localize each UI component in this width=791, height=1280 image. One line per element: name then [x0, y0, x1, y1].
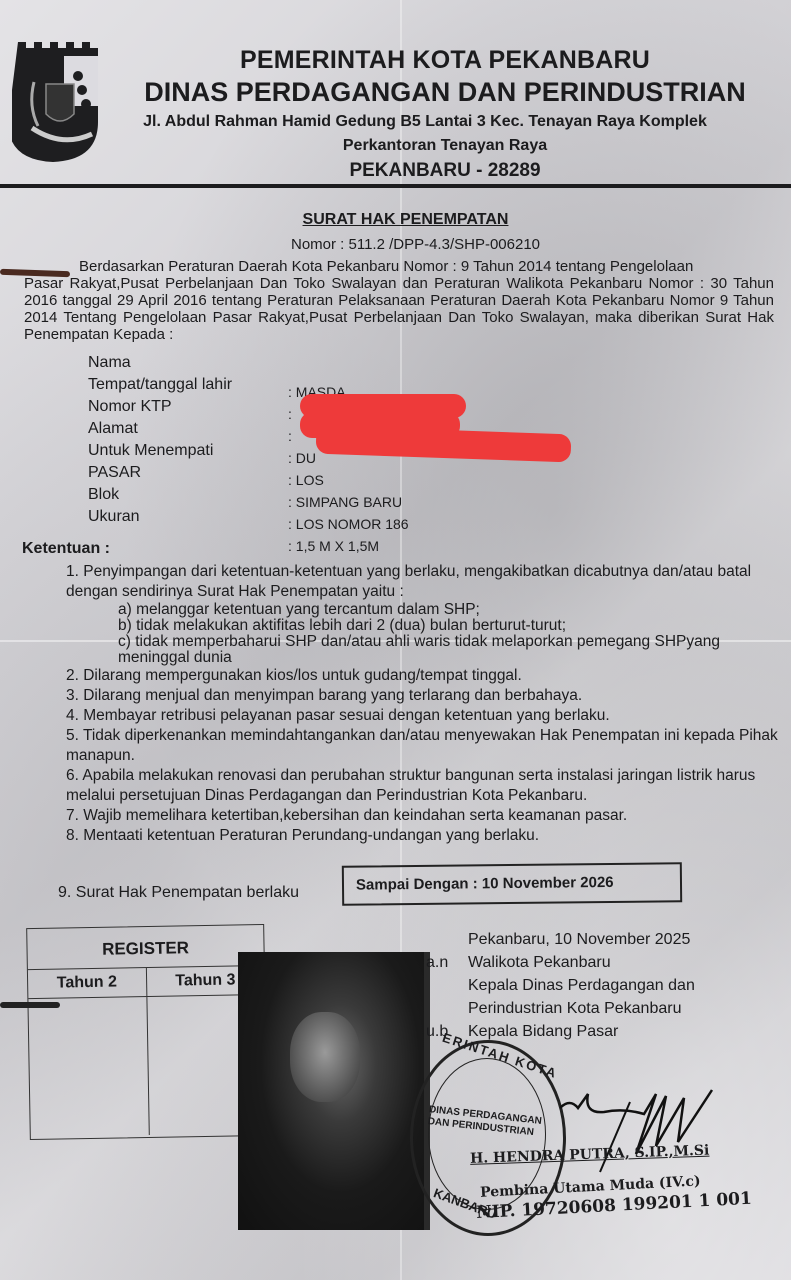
provision-item: 5. Tidak diperkenankan memindahtangankan… — [66, 726, 786, 766]
letterhead: PEMERINTAH KOTA PEKANBARU DINAS PERDAGAN… — [100, 46, 790, 182]
official-details: H. HENDRA PUTRA, S.IP.,M.Si Pembina Utam… — [470, 1146, 752, 1216]
provisions-list: 1. Penyimpangan dari ketentuan-ketentuan… — [66, 562, 786, 846]
register-cell — [28, 997, 149, 1137]
field-row: Blok: SIMPANG BARU — [88, 486, 409, 508]
letterhead-government: PEMERINTAH KOTA PEKANBARU — [100, 46, 790, 75]
register-title: REGISTER — [27, 925, 264, 970]
field-row: Ukuran: LOS NOMOR 186 — [88, 508, 409, 530]
provision-subitem: c) tidak memperbaharui SHP dan/atau ahli… — [66, 634, 786, 666]
provision-item: 7. Wajib memelihara ketertiban,kebersiha… — [66, 806, 786, 826]
preamble: Berdasarkan Peraturan Daerah Kota Pekanb… — [24, 258, 774, 343]
document-title: SURAT HAK PENEMPATAN — [0, 211, 791, 229]
provision-subitem: b) tidak melakukan aktifitas lebih dari … — [66, 618, 786, 634]
validity-label: 9. Surat Hak Penempatan berlaku — [58, 884, 299, 902]
provision-item: 6. Apabila melakukan renovasi dan peruba… — [66, 766, 786, 806]
paper-tear-mark — [0, 1002, 60, 1008]
provision-item: 2. Dilarang mempergunakan kios/los untuk… — [66, 666, 786, 686]
letterhead-department: DINAS PERDAGANGAN DAN PERINDUSTRIAN — [100, 77, 790, 108]
field-row: : 1,5 M X 1,5M — [88, 530, 409, 552]
letterhead-address: Jl. Abdul Rahman Hamid Gedung B5 Lantai … — [60, 113, 790, 131]
holder-face — [290, 1012, 360, 1102]
signature-block: Pekanbaru, 10 November 2025 a.nWalikota … — [426, 928, 695, 1043]
letterhead-divider — [0, 184, 791, 188]
provision-item: 3. Dilarang menjual dan menyimpan barang… — [66, 686, 786, 706]
register-col-year-2: Tahun 2 — [28, 968, 147, 998]
holder-photo — [238, 952, 430, 1230]
letterhead-address-2: Perkantoran Tenayan Raya — [100, 137, 790, 155]
city-crest-icon — [12, 38, 108, 166]
validity-box: Sampai Dengan : 10 November 2026 — [342, 862, 682, 906]
provision-item: 1. Penyimpangan dari ketentuan-ketentuan… — [66, 562, 786, 602]
provision-subitem: a) melanggar ketentuan yang tercantum da… — [66, 602, 786, 618]
field-row: PASAR: LOS — [88, 464, 409, 486]
field-row: Nama — [88, 354, 409, 376]
register-table: REGISTER Tahun 2 Tahun 3 — [26, 924, 268, 1140]
letterhead-city: PEKANBARU - 28289 — [100, 160, 790, 182]
provision-item: 4. Membayar retribusi pelayanan pasar se… — [66, 706, 786, 726]
provisions-title: Ketentuan : — [22, 540, 110, 558]
provision-item: 8. Mentaati ketentuan Peraturan Perundan… — [66, 826, 786, 846]
document-number: Nomor : 511.2 /DPP-4.3/SHP-006210 — [0, 236, 791, 253]
place-date: Pekanbaru, 10 November 2025 — [468, 928, 690, 951]
